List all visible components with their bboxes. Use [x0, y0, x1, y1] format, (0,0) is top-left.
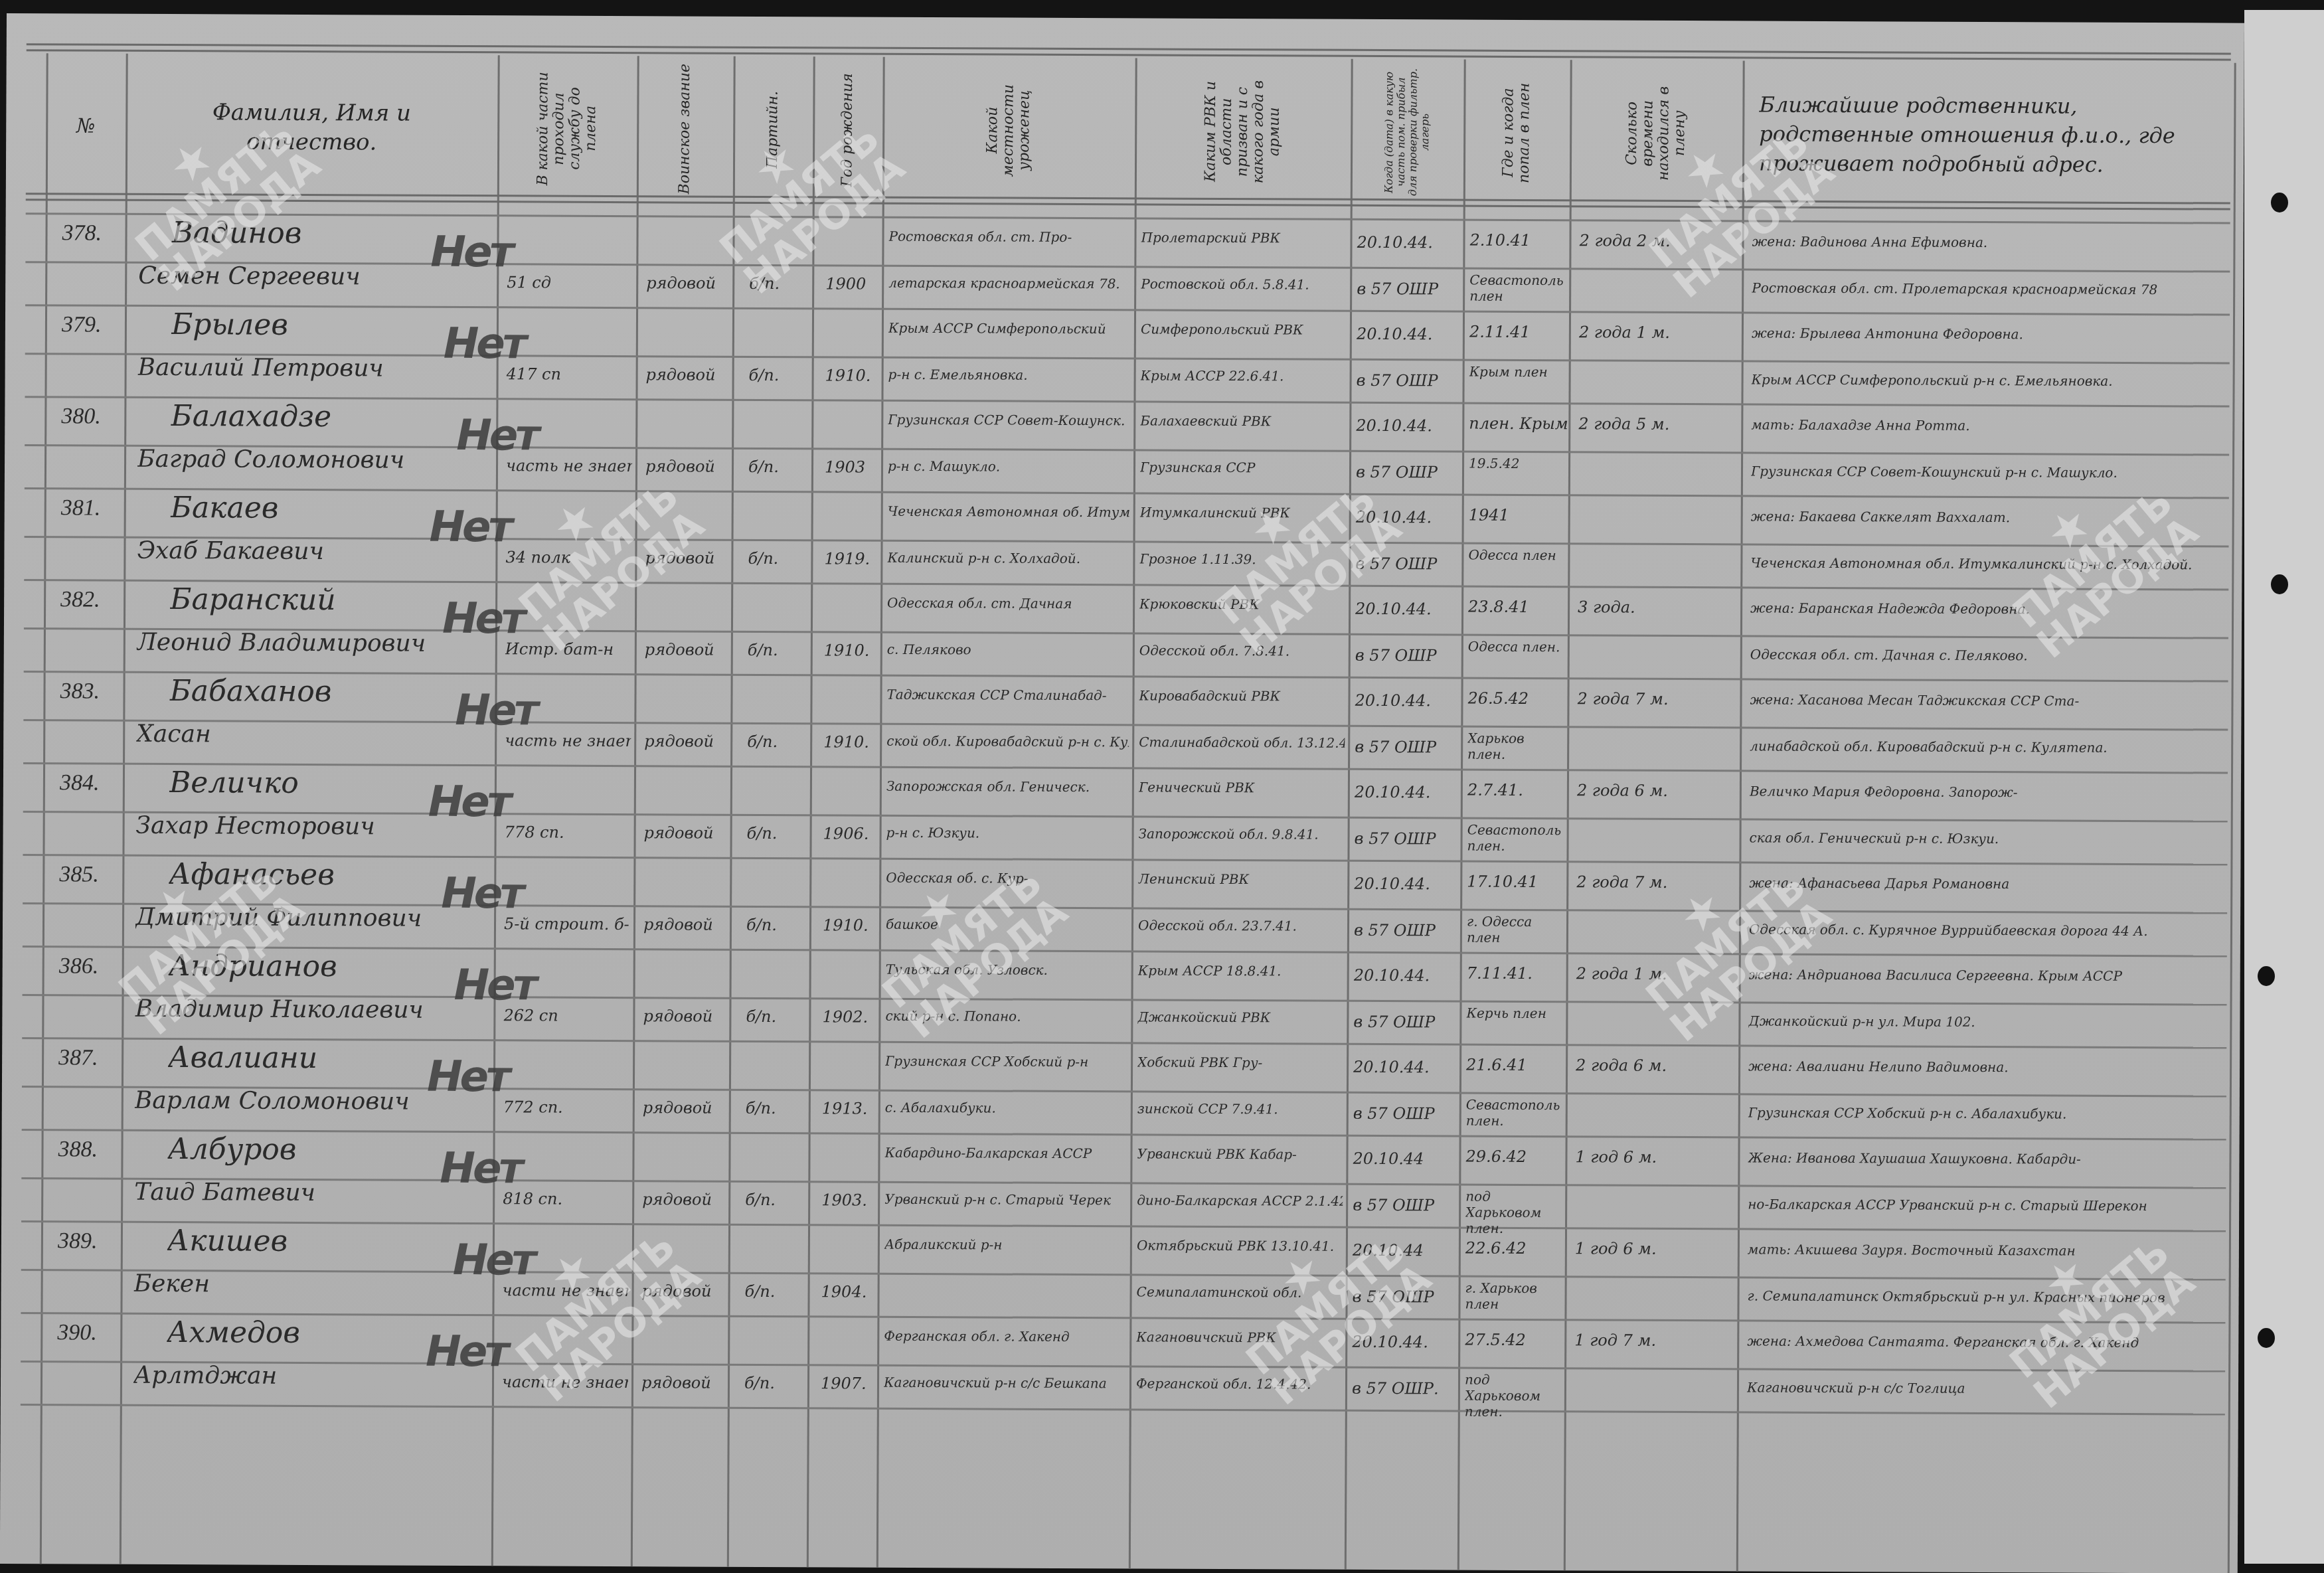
record-number: 390.: [57, 1320, 97, 1345]
birth-year: 1919.: [824, 549, 870, 568]
military-unit: 5-й строит. б-н: [504, 914, 630, 934]
record-number: 383.: [60, 679, 100, 704]
birthplace-line: Урванский р-н с. Старый Черек: [884, 1191, 1127, 1208]
handwritten-mark: Нет: [453, 1236, 534, 1285]
captured-where: Одесса плен: [1468, 547, 1566, 564]
captured-when: 17.10.41: [1467, 872, 1565, 892]
handwritten-mark: Нет: [441, 869, 522, 919]
punch-hole: [2258, 1328, 2275, 1348]
captured-where: Севастополь плен: [1469, 272, 1568, 305]
given-name-patronymic: Леонид Владимирович: [137, 629, 482, 657]
column-rule: [40, 53, 48, 1564]
relatives-line: Грузинская ССР Совет-Кошунский р-н с. Ма…: [1751, 463, 2229, 481]
relatives-line: Величко Мария Федоровна. Запорож-: [1750, 783, 2228, 801]
time-in-captivity: 2 года 1 м.: [1579, 323, 1670, 342]
surname: Величко: [169, 766, 299, 800]
captured-when: 7.11.41.: [1467, 964, 1565, 983]
row-rule: [25, 396, 2229, 407]
relatives-line: жена: Вадинова Анна Ефимовна.: [1752, 233, 2230, 251]
birthplace-line: ской обл. Кировабадский р-н с. Кулятепа: [886, 733, 1129, 750]
surname: Балахадзе: [171, 399, 331, 434]
punch-hole: [2271, 574, 2288, 594]
relatives-line: Крым АССР Симферопольский р-н с. Емельян…: [1752, 371, 2230, 389]
record-number: 382.: [60, 587, 100, 612]
birth-year: 1903.: [821, 1191, 867, 1209]
camp-unit: в 57 ОШР: [1357, 280, 1438, 299]
captured-where: г. Харьков плен: [1465, 1280, 1563, 1313]
record-number: 380.: [61, 404, 101, 429]
time-in-captivity: 1 год 6 м.: [1575, 1239, 1657, 1258]
rvk-line: Запорожской обл. 9.8.41.: [1139, 825, 1345, 842]
column-rule: [727, 56, 736, 1567]
row-rule: [21, 1312, 2225, 1323]
birthplace-line: Запорожская обл. Геническ.: [886, 778, 1129, 795]
military-unit: 772 сп.: [503, 1098, 629, 1117]
captured-when: 2.10.41: [1469, 231, 1568, 250]
birthplace-line: Одесская обл. ст. Дачная: [887, 595, 1129, 612]
time-in-captivity: 1 год 7 м.: [1574, 1331, 1656, 1350]
handwritten-mark: Нет: [454, 961, 535, 1011]
rvk-line: Генический РВК: [1139, 779, 1345, 795]
surname: Брылев: [171, 307, 288, 342]
party-status: б/п.: [746, 1007, 776, 1026]
relatives-line: жена: Авалиани Нелипо Вадимовна.: [1748, 1058, 2226, 1076]
rvk-line: Ростовской обл. 5.8.41.: [1141, 276, 1347, 292]
table-row: 379.БрылевВасилий ПетровичНет417 спрядов…: [7, 13, 2244, 23]
rvk-line: Джанкойский РВК: [1137, 1009, 1343, 1025]
record-number: 388.: [58, 1137, 98, 1162]
row-rule: [23, 854, 2227, 865]
military-unit: часть не знает: [505, 731, 631, 750]
camp-unit: в 57 ОШР: [1355, 646, 1437, 665]
surname: Албуров: [167, 1132, 296, 1167]
captured-where: под Харьковом плен.: [1465, 1372, 1563, 1420]
captured-when: 2.7.41.: [1467, 781, 1566, 800]
header-rvk: Каким РВК и области призван и с какого г…: [1138, 64, 1348, 198]
record-number: 378.: [62, 220, 102, 246]
row-rule: [21, 1220, 2226, 1232]
birthplace-line: р-н с. Машукло.: [888, 458, 1130, 475]
relatives-line: жена: Хасанова Месан Таджикская ССР Ста-: [1750, 691, 2228, 709]
party-status: б/п.: [746, 1099, 776, 1118]
table-row: 389.АкишевБекенНетчасти не знаетрядовойб…: [7, 13, 2244, 23]
table-row: 380.БалахадзеБаград СоломоновичНетчасть …: [7, 13, 2244, 23]
time-in-captivity: 2 года 5 м.: [1578, 414, 1669, 434]
time-in-captivity: 2 года 7 м.: [1577, 689, 1668, 708]
relatives-line: жена: Брылева Антонина Федоровна.: [1752, 325, 2230, 343]
party-status: б/п.: [747, 732, 778, 751]
punch-hole: [2258, 966, 2275, 986]
captured-where: Крым плен: [1469, 364, 1568, 380]
relatives-line: мать: Балахадзе Анна Ротта.: [1751, 416, 2229, 434]
header-unit: В какой части проходил службу до плена: [501, 62, 634, 195]
rvk-line: зинской ССР 7.9.41.: [1137, 1100, 1343, 1117]
military-rank: рядовой: [643, 1098, 712, 1117]
rvk-line: Хобский РВК Гру-: [1137, 1054, 1343, 1070]
column-rule: [807, 56, 815, 1567]
table-row: 384.ВеличкоЗахар НесторовичНет778 сп.ряд…: [7, 13, 2244, 23]
handwritten-mark: Нет: [444, 319, 525, 369]
birthplace-line: р-н с. Юзкуи.: [886, 825, 1129, 842]
header-top-rule: [27, 43, 2231, 60]
row-rule: [23, 946, 2227, 957]
watermark: ★ПАМЯТЬНАРОДА: [1982, 452, 2204, 665]
relatives-line: Жена: Иванова Хаушаша Хашуковна. Кабарди…: [1748, 1149, 2226, 1167]
captured-when: 27.5.42: [1465, 1331, 1563, 1350]
birthplace-line: Кабардино-Балкарская АССР: [884, 1145, 1127, 1162]
birth-year: 1913.: [822, 1099, 868, 1118]
handwritten-mark: Нет: [429, 503, 510, 552]
table-row: 387.АвалианиВарлам СоломоновичНет772 сп.…: [7, 13, 2244, 23]
military-rank: рядовой: [641, 1373, 711, 1392]
captured-when: 21.6.41: [1466, 1056, 1564, 1075]
rvk-line: Одесской обл. 23.7.41.: [1138, 917, 1344, 934]
military-rank: рядовой: [646, 365, 716, 384]
rvk-line: Крым АССР 18.8.41.: [1138, 962, 1344, 979]
relatives-line: жена: Афанасьева Дарья Романовна: [1749, 874, 2227, 892]
binding-margin: [2244, 10, 2324, 1564]
surname: Бабаханов: [169, 674, 331, 708]
relatives-line: Одесская обл. ст. Дачная с. Пеляково.: [1750, 646, 2228, 664]
time-in-captivity: 2 года 6 м.: [1577, 781, 1668, 800]
surname: Баранский: [170, 582, 336, 617]
camp-date: 20.10.44.: [1356, 416, 1432, 435]
captured-when: 29.6.42: [1465, 1147, 1564, 1167]
rvk-line: Балахаевский РВК: [1140, 412, 1346, 429]
camp-unit: в 57 ОШР: [1356, 463, 1438, 482]
handwritten-mark: Нет: [440, 1144, 521, 1194]
birthplace-line: Абраликский р-н: [884, 1236, 1127, 1254]
given-name-patronymic: Бекен: [134, 1270, 479, 1299]
birthplace-line: Ростовская обл. ст. Про-: [888, 228, 1131, 246]
camp-date: 20.10.44.: [1355, 691, 1431, 710]
surname: Ахмедов: [167, 1315, 300, 1350]
rvk-line: Одесской обл. 7.8.41.: [1139, 642, 1345, 659]
birthplace-line: с. Пеляково: [887, 641, 1129, 659]
table-row: 378.ВадиновСемен СергеевичНет51 сдрядово…: [7, 13, 2244, 23]
relatives-line: Джанкойский р-н ул. Мира 102.: [1748, 1013, 2226, 1031]
military-rank: рядовой: [643, 1007, 712, 1025]
camp-unit: в 57 ОШР: [1353, 1013, 1435, 1032]
column-rule: [1736, 60, 1745, 1571]
captured-when: 23.8.41: [1468, 598, 1566, 617]
header-captured: Где и когда попал в плен: [1467, 66, 1567, 200]
party-status: б/п.: [745, 1282, 776, 1301]
captured-when: плен. Крым: [1469, 414, 1567, 434]
row-rule: [21, 1404, 2225, 1415]
table-row: 386.АндриановВладимир НиколаевичНет262 с…: [7, 13, 2244, 23]
camp-unit: в 57 ОШР: [1357, 371, 1438, 390]
handwritten-mark: Нет: [426, 1327, 507, 1377]
time-in-captivity: 1 год 6 м.: [1575, 1147, 1657, 1167]
party-status: б/п.: [748, 457, 779, 476]
header-birthplace: Какой местности уроженец: [886, 64, 1132, 198]
camp-date: 20.10.44.: [1354, 874, 1430, 893]
camp-unit: в 57 ОШР: [1354, 921, 1436, 940]
surname: Авалиани: [168, 1040, 317, 1075]
table-row: 385.АфанасьевДмитрий ФилипповичНет5-й ст…: [7, 13, 2244, 23]
captured-when: 22.6.42: [1465, 1239, 1564, 1258]
rvk-line: Ленинский РВК: [1138, 870, 1344, 887]
relatives-line: Грузинская ССР Хобский р-н с. Абалахибук…: [1748, 1104, 2226, 1122]
captured-when: 1941: [1469, 506, 1567, 525]
surname: Бакаев: [171, 491, 279, 525]
row-rule: [22, 1129, 2226, 1140]
captured-when: 2.11.41: [1469, 323, 1568, 342]
row-rule: [23, 762, 2228, 774]
birthplace-line: Грузинская ССР Совет-Кошунск.: [888, 412, 1130, 429]
handwritten-mark: Нет: [430, 228, 511, 278]
table-row: 390.АхмедовАрлтджанНетчасти не знаетрядо…: [7, 13, 2244, 23]
relatives-line: Ростовская обл. ст. Пролетарская красноа…: [1752, 280, 2230, 297]
rvk-line: Пролетарский РВК: [1141, 229, 1347, 246]
captured-where: под Харьковом плен.: [1465, 1189, 1564, 1237]
party-status: б/п.: [744, 1374, 775, 1392]
birth-year: 1904.: [821, 1282, 867, 1301]
given-name-patronymic: Василий Петрович: [138, 354, 483, 382]
military-rank: рядовой: [644, 732, 714, 750]
row-rule: [24, 579, 2228, 590]
handwritten-mark: Нет: [455, 686, 536, 736]
military-unit: 417 сп: [507, 365, 633, 384]
military-rank: рядовой: [642, 1190, 712, 1208]
rvk-line: Симферопольский РВК: [1141, 321, 1347, 337]
relatives-line: жена: Андрианова Василиса Сергеевна. Кры…: [1749, 966, 2227, 984]
birth-year: 1910.: [824, 641, 870, 659]
handwritten-mark: Нет: [427, 1052, 508, 1102]
rvk-line: Кировабадский РВК: [1139, 687, 1345, 704]
captured-where: Севастополь плен.: [1467, 822, 1565, 855]
rvk-line: дино-Балкарская АССР 2.1.42: [1137, 1192, 1343, 1208]
surname: Акишев: [167, 1224, 288, 1258]
given-name-patronymic: Хасан: [136, 720, 481, 749]
rvk-line: Сталинабадской обл. 13.12.41.: [1139, 734, 1345, 750]
relatives-line: жена: Баранская Надежда Федоровна.: [1750, 600, 2228, 618]
camp-unit: в 57 ОШР: [1355, 738, 1436, 757]
military-rank: рядовой: [644, 823, 714, 842]
birth-year: 1907.: [821, 1374, 867, 1392]
party-status: б/п.: [746, 916, 777, 934]
relatives-line: ская обл. Генический р-н с. Юзкуи.: [1750, 829, 2228, 847]
row-rule: [25, 487, 2229, 499]
table-row: 388.АлбуровТаид БатевичНет818 сп.рядовой…: [7, 13, 2244, 23]
birthplace-line: Таджикская ССР Сталинабад-: [886, 687, 1129, 704]
table-row: 381.БакаевЭхаб БакаевичНет34 полкрядовой…: [7, 13, 2244, 23]
military-unit: 818 сп.: [503, 1189, 629, 1208]
party-status: б/п.: [747, 824, 778, 843]
birthplace-line: Ферганская обл. г. Хакенд: [884, 1328, 1126, 1345]
birth-year: 1902.: [822, 1007, 868, 1026]
party-status: б/п.: [749, 366, 780, 384]
column-rule: [120, 54, 128, 1564]
header-camp: Когда (дата) в какую часть пом. прибыл д…: [1354, 66, 1461, 199]
military-rank: рядовой: [646, 274, 716, 292]
party-status: б/п.: [748, 641, 778, 659]
birth-year: 1910.: [823, 916, 869, 934]
row-rule: [25, 304, 2230, 315]
record-number: 381.: [61, 495, 101, 521]
register-sheet: № Фамилия, Имя и отчество. В какой части…: [0, 13, 2244, 1573]
captured-where: Одесса плен.: [1468, 639, 1566, 655]
birth-year: 1910.: [823, 732, 869, 751]
captured-where: 19.5.42: [1469, 455, 1567, 472]
row-rule: [26, 212, 2230, 224]
birth-year: 1910.: [825, 366, 871, 384]
relatives-line: Кагановичский р-н с/с Тоглица: [1747, 1379, 2225, 1397]
row-rule: [24, 671, 2228, 682]
relatives-line: линабадской обл. Кировабадский р-н с. Ку…: [1750, 738, 2228, 756]
camp-unit: в 57 ОШР.: [1352, 1379, 1439, 1398]
record-number: 385.: [59, 862, 99, 887]
birthplace-line: Грузинская ССР Хобский р-н: [885, 1053, 1127, 1070]
birthplace-line: [884, 1283, 1127, 1284]
military-unit: 262 сп: [503, 1006, 629, 1025]
camp-unit: в 57 ОШР: [1353, 1104, 1435, 1123]
camp-date: 20.10.44.: [1354, 966, 1430, 985]
birthplace-line: с. Абалахибуки.: [885, 1100, 1127, 1117]
military-rank: рядовой: [643, 915, 713, 934]
handwritten-mark: Нет: [428, 778, 509, 827]
rvk-line: Урванский РВК Кабар-: [1137, 1145, 1343, 1162]
birthplace-line: Кагановичский р-н с/с Бешкапа: [884, 1374, 1126, 1392]
punch-hole: [2271, 193, 2288, 212]
handwritten-mark: Нет: [456, 411, 537, 461]
table-row: 383.БабахановХасанНетчасть не знаетрядов…: [7, 13, 2244, 23]
birthplace-line: Крым АССР Симферопольский: [888, 320, 1131, 337]
given-name-patronymic: Таид Батевич: [134, 1179, 479, 1207]
rvk-line: Крым АССР 22.6.41.: [1141, 367, 1347, 384]
birth-year: 1903: [825, 457, 865, 476]
record-number: 379.: [62, 312, 102, 337]
camp-date: 20.10.44.: [1357, 325, 1433, 343]
record-number: 384.: [60, 770, 100, 795]
military-unit: 51 сд: [507, 273, 633, 292]
military-unit: 778 сп.: [505, 823, 631, 842]
birthplace-line: Калинский р-н с. Холхадой.: [887, 550, 1129, 567]
camp-date: 20.10.44.: [1353, 1058, 1430, 1076]
time-in-captivity: 2 года 6 м.: [1576, 1056, 1667, 1075]
table-row: 382.БаранскийЛеонид ВладимировичНетИстр.…: [7, 13, 2244, 23]
camp-date: 20.10.44.: [1357, 233, 1433, 252]
camp-unit: в 57 ОШР: [1355, 829, 1436, 849]
birthplace-line: Чеченская Автономная об. Итум: [888, 503, 1130, 521]
military-rank: рядовой: [645, 640, 714, 659]
captured-where: г. Одесса плен: [1467, 914, 1565, 946]
captured-where: Севастополь плен.: [1466, 1097, 1564, 1129]
captured-where: Керчь плен: [1466, 1005, 1564, 1022]
birthplace-line: летарская красноармейская 78.: [888, 275, 1131, 292]
birth-year: 1900: [825, 274, 866, 293]
record-number: 389.: [58, 1228, 98, 1254]
camp-date: 20.10.44.: [1355, 600, 1432, 618]
camp-date: 20.10.44.: [1355, 783, 1431, 801]
birth-year: 1906.: [823, 824, 869, 843]
relatives-line: но-Балкарская АССР Урванский р-н с. Стар…: [1748, 1196, 2226, 1214]
captured-when: 26.5.42: [1467, 689, 1566, 708]
camp-date: 20.10.44: [1353, 1149, 1424, 1168]
time-in-captivity: 2 года 7 м.: [1576, 872, 1667, 892]
time-in-captivity: 3 года.: [1578, 598, 1635, 616]
party-status: б/п.: [745, 1191, 776, 1209]
row-rule: [22, 1037, 2226, 1048]
header-rank: Воинское звание: [640, 62, 730, 196]
birthplace-line: р-н с. Емельяновка.: [888, 367, 1131, 384]
handwritten-mark: Нет: [442, 594, 523, 644]
captured-where: Харьков плен.: [1467, 730, 1566, 763]
party-status: б/п.: [748, 549, 778, 568]
header-index: №: [46, 60, 126, 193]
given-name-patronymic: Баград Соломонович: [137, 446, 483, 474]
record-number: 387.: [58, 1045, 98, 1070]
